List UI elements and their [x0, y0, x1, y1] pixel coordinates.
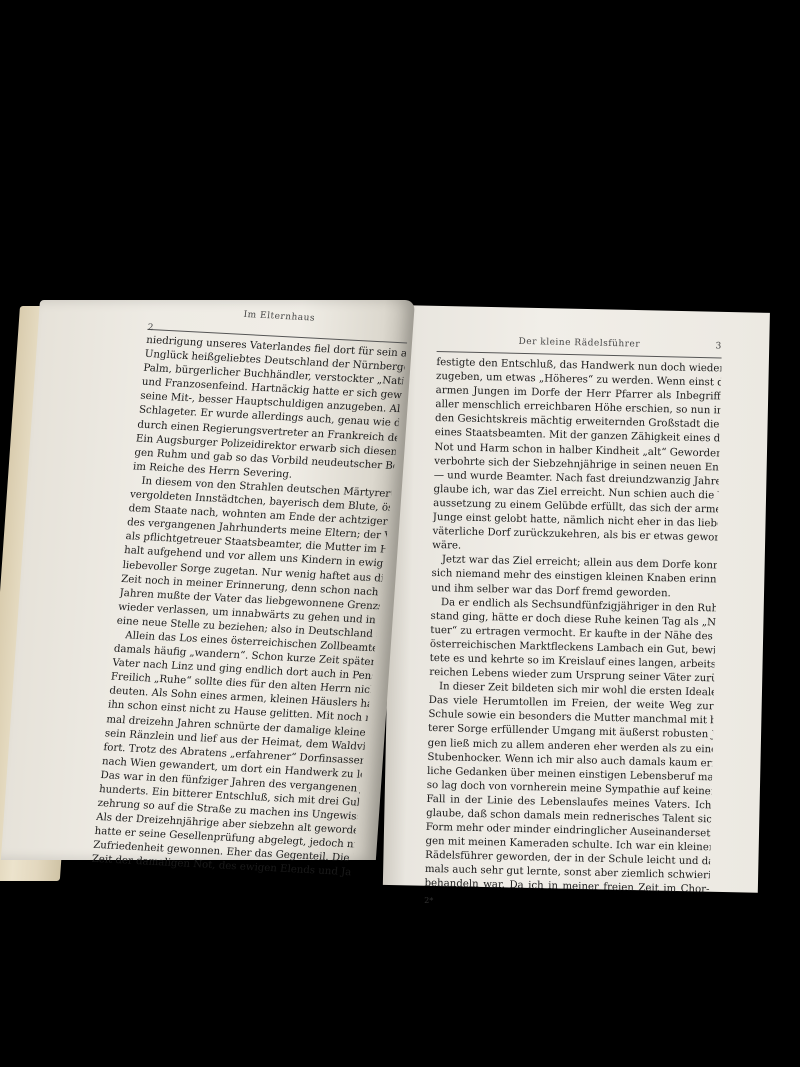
page-number: 2 — [147, 323, 154, 333]
signature-mark: 2* — [424, 895, 709, 910]
running-head-title: Der kleine Rädelsführer — [518, 337, 640, 350]
right-page-text: festigte den Entschluß, das Handwerk nun… — [424, 356, 721, 898]
right-page: Der kleine Rädelsführer 3 festigte den E… — [424, 335, 722, 911]
page-number: 3 — [715, 341, 721, 351]
open-book-photo: Im Elternhaus 2 niedrigung unseres Vater… — [0, 0, 800, 1067]
